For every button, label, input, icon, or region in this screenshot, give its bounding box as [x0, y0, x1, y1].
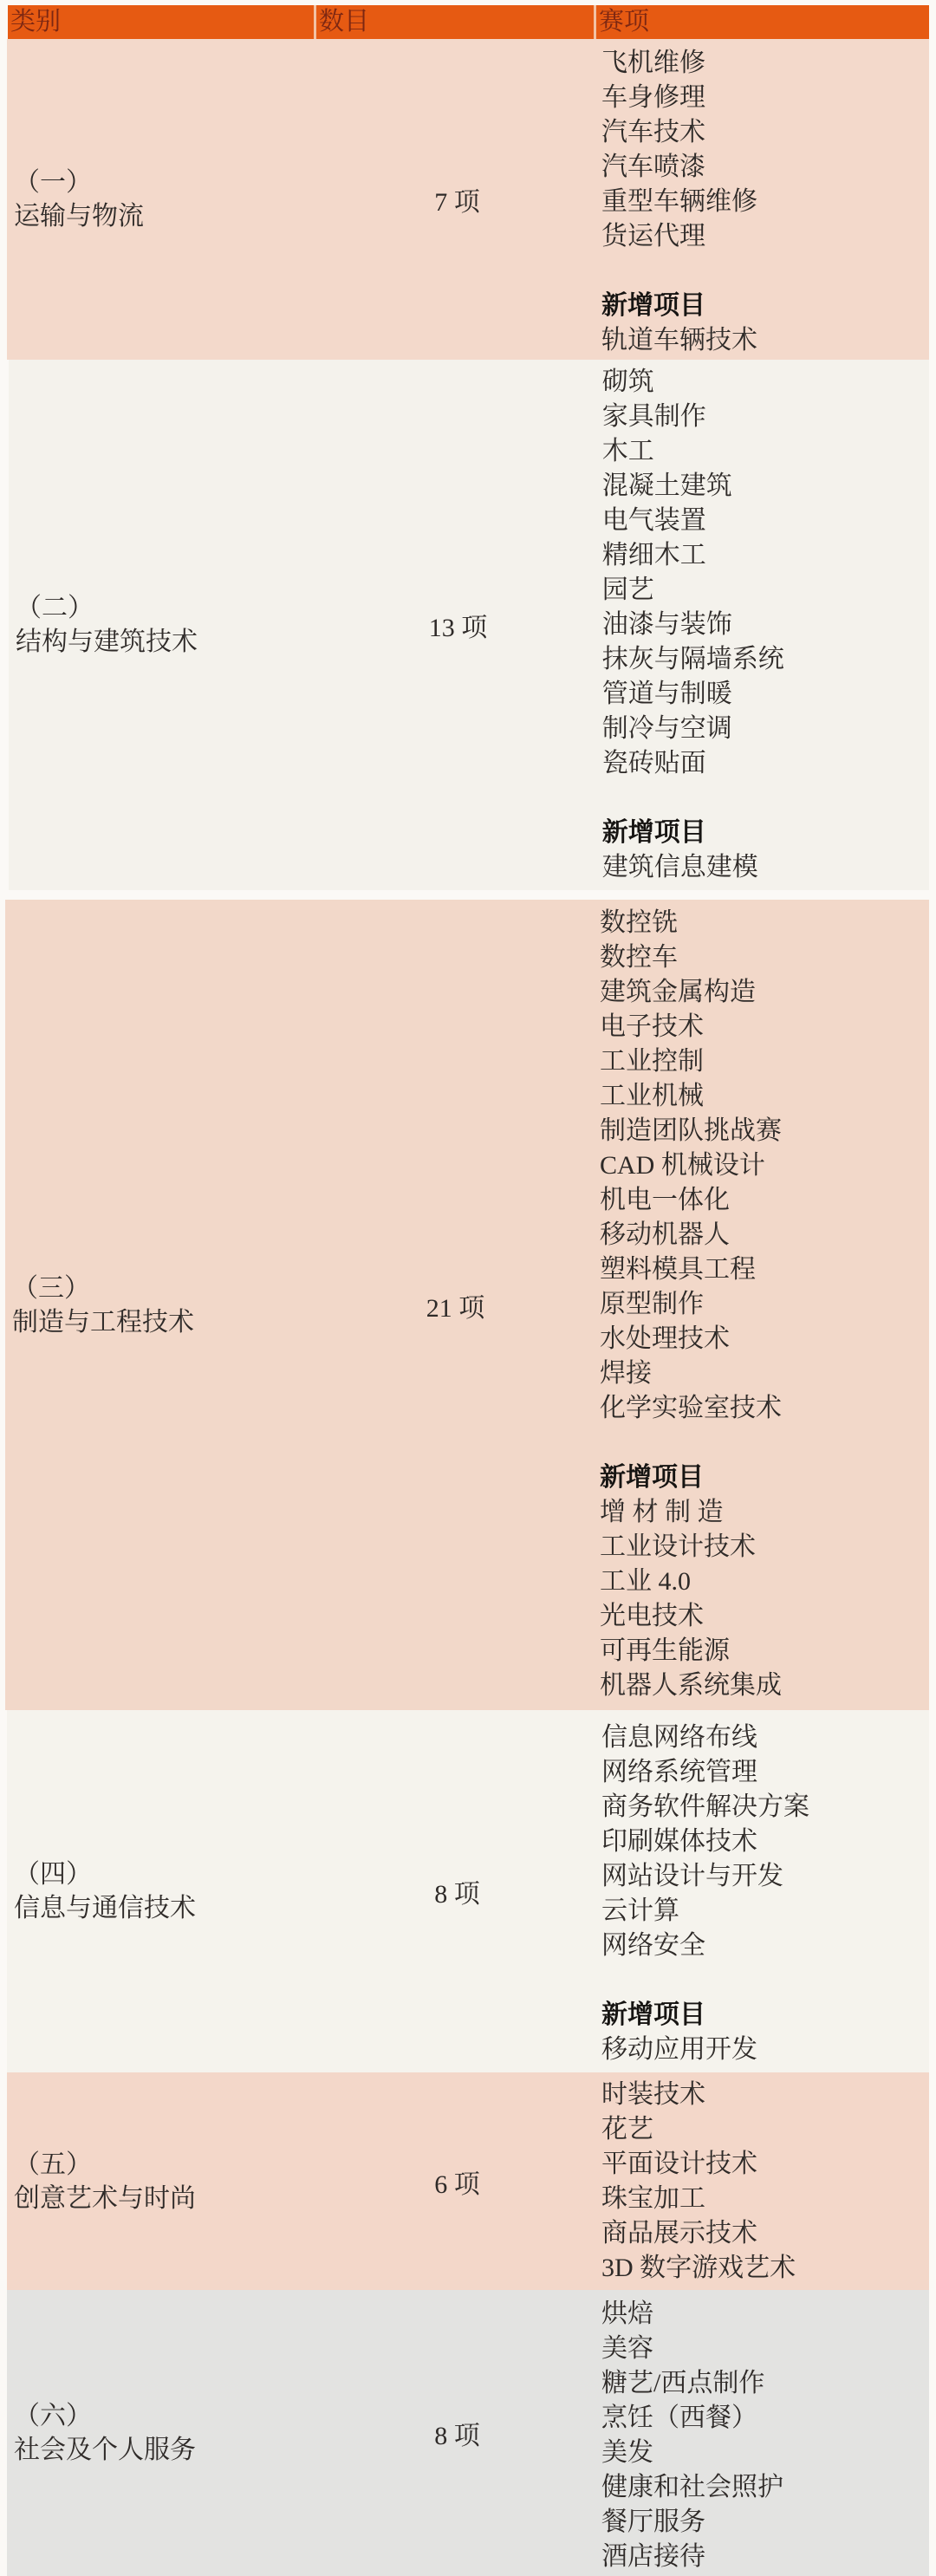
event-item: 焊接: [600, 1356, 927, 1391]
category-cell: （六） 社会及个人服务: [7, 2290, 316, 2576]
event-count: 8 项: [434, 2414, 480, 2452]
new-event-item: 移动应用开发: [601, 2033, 929, 2067]
count-cell: 6 项: [316, 2072, 595, 2290]
event-count: 8 项: [434, 1872, 480, 1910]
count-cell: 7 项: [316, 39, 595, 360]
new-events-label: 新增项目: [602, 816, 929, 850]
event-item: 制造团队挑战赛: [600, 1114, 927, 1148]
new-events-label: 新增项目: [601, 1998, 929, 2033]
events-cell: 时装技术 花艺 平面设计技术 珠宝加工 商品展示技术 3D 数字游戏艺术: [595, 2072, 929, 2290]
event-item: 制冷与空调: [602, 712, 929, 746]
event-item: 建筑金属构造: [600, 975, 927, 1010]
header-count: 数目: [316, 5, 594, 39]
event-item: 车身修理: [601, 81, 929, 115]
category-index: （二）: [16, 591, 317, 625]
event-item: 混凝土建筑: [602, 469, 929, 504]
category-name: 运输与物流: [14, 199, 316, 233]
category-cell: （三） 制造与工程技术: [5, 900, 315, 1710]
event-item: 烘焙: [601, 2297, 929, 2332]
spacer: [601, 254, 929, 289]
event-item: 工业控制: [600, 1044, 927, 1079]
table-row-construction: （二） 结构与建筑技术 13 项 砌筑 家具制作 木工 混凝土建筑 电气装置 精…: [9, 360, 929, 890]
new-event-item: 光电技术: [600, 1599, 927, 1634]
event-item: 飞机维修: [601, 46, 929, 81]
table-header: 类别 数目 赛项: [8, 5, 929, 39]
new-events-label: 新增项目: [600, 1460, 927, 1495]
event-item: 园艺: [602, 573, 929, 608]
event-item: 网络系统管理: [601, 1755, 929, 1790]
table-row-social-services: （六） 社会及个人服务 8 项 烘焙 美容 糖艺/西点制作 烹饪（西餐） 美发 …: [7, 2290, 929, 2576]
count-cell: 13 项: [317, 360, 595, 890]
spacer: [601, 1963, 929, 1998]
category-name: 信息与通信技术: [14, 1891, 316, 1925]
table-row-transport-logistics: （一） 运输与物流 7 项 飞机维修 车身修理 汽车技术 汽车喷漆 重型车辆维修…: [7, 39, 929, 360]
events-cell: 砌筑 家具制作 木工 混凝土建筑 电气装置 精细木工 园艺 油漆与装饰 抹灰与隔…: [595, 360, 929, 890]
count-cell: 21 项: [315, 900, 593, 1710]
event-item: 原型制作: [600, 1287, 927, 1322]
event-item: 电子技术: [600, 1010, 927, 1044]
event-item: 砌筑: [602, 365, 929, 400]
category-cell: （四） 信息与通信技术: [7, 1710, 316, 2072]
event-item: 烹饪（西餐）: [601, 2401, 929, 2436]
event-item: 油漆与装饰: [602, 608, 929, 642]
event-item: 网络安全: [601, 1929, 929, 1963]
event-item: 数控铣: [600, 906, 927, 940]
event-item: 网站设计与开发: [601, 1859, 929, 1894]
new-event-item: 工业设计技术: [600, 1530, 927, 1564]
event-item: 花艺: [601, 2112, 929, 2147]
event-item: 糖艺/西点制作: [601, 2366, 929, 2401]
event-item: 数控车: [600, 940, 927, 975]
category-index: （五）: [14, 2148, 316, 2182]
category-index: （四）: [14, 1857, 316, 1891]
event-item: 电气装置: [602, 504, 929, 538]
header-events: 赛项: [596, 5, 929, 39]
event-item: 工业机械: [600, 1079, 927, 1114]
new-event-item: 增 材 制 造: [600, 1495, 927, 1530]
event-item: 水处理技术: [600, 1322, 927, 1356]
event-item: 时装技术: [601, 2078, 929, 2112]
category-name: 社会及个人服务: [14, 2433, 316, 2467]
event-item: 瓷砖贴面: [602, 746, 929, 781]
event-count: 7 项: [434, 180, 480, 218]
event-item: 餐厅服务: [601, 2505, 929, 2540]
event-count: 13 项: [429, 606, 488, 644]
event-item: 重型车辆维修: [601, 185, 929, 219]
event-item: 美容: [601, 2332, 929, 2366]
event-item: 家具制作: [602, 400, 929, 434]
event-item: 平面设计技术: [601, 2147, 929, 2182]
event-item: 3D 数字游戏艺术: [601, 2251, 929, 2286]
category-cell: （一） 运输与物流: [7, 39, 316, 360]
event-item: 酒店接待: [601, 2540, 929, 2574]
event-item: 信息网络布线: [601, 1721, 929, 1755]
category-index: （一）: [14, 166, 316, 199]
events-cell: 烘焙 美容 糖艺/西点制作 烹饪（西餐） 美发 健康和社会照护 餐厅服务 酒店接…: [595, 2290, 929, 2576]
event-item: 塑料模具工程: [600, 1252, 927, 1287]
events-cell: 飞机维修 车身修理 汽车技术 汽车喷漆 重型车辆维修 货运代理 新增项目 轨道车…: [595, 39, 929, 360]
event-item: 云计算: [601, 1894, 929, 1929]
events-cell: 数控铣 数控车 建筑金属构造 电子技术 工业控制 工业机械 制造团队挑战赛 CA…: [593, 900, 927, 1710]
count-cell: 8 项: [316, 2290, 595, 2576]
spacer: [600, 1426, 927, 1460]
event-item: 精细木工: [602, 538, 929, 573]
event-item: 商务软件解决方案: [601, 1790, 929, 1825]
spacer: [602, 781, 929, 816]
event-item: CAD 机械设计: [600, 1148, 927, 1183]
new-event-item: 工业 4.0: [600, 1564, 927, 1599]
count-cell: 8 项: [316, 1710, 595, 2072]
category-name: 制造与工程技术: [12, 1305, 315, 1339]
event-item: 抹灰与隔墙系统: [602, 642, 929, 677]
event-item: 健康和社会照护: [601, 2470, 929, 2505]
event-count: 6 项: [434, 2163, 480, 2201]
event-item: 货运代理: [601, 219, 929, 254]
category-name: 结构与建筑技术: [16, 625, 317, 659]
event-item: 化学实验室技术: [600, 1391, 927, 1426]
new-events-label: 新增项目: [601, 289, 929, 323]
event-item: 管道与制暖: [602, 677, 929, 712]
event-item: 移动机器人: [600, 1218, 927, 1252]
events-cell: 信息网络布线 网络系统管理 商务软件解决方案 印刷媒体技术 网站设计与开发 云计…: [595, 1710, 929, 2072]
category-index: （三）: [12, 1272, 315, 1305]
event-item: 汽车喷漆: [601, 150, 929, 185]
table-row-ict: （四） 信息与通信技术 8 项 信息网络布线 网络系统管理 商务软件解决方案 印…: [7, 1710, 929, 2072]
table-row-creative-arts: （五） 创意艺术与时尚 6 项 时装技术 花艺 平面设计技术 珠宝加工 商品展示…: [7, 2072, 929, 2290]
event-item: 美发: [601, 2436, 929, 2470]
category-name: 创意艺术与时尚: [14, 2182, 316, 2215]
event-count: 21 项: [426, 1286, 485, 1324]
header-category: 类别: [8, 5, 314, 39]
new-event-item: 轨道车辆技术: [601, 323, 929, 358]
new-event-item: 机器人系统集成: [600, 1669, 927, 1703]
event-item: 商品展示技术: [601, 2216, 929, 2251]
event-item: 汽车技术: [601, 115, 929, 150]
category-index: （六）: [14, 2399, 316, 2433]
event-item: 珠宝加工: [601, 2182, 929, 2216]
new-event-item: 建筑信息建模: [602, 850, 929, 885]
category-cell: （五） 创意艺术与时尚: [7, 2072, 316, 2290]
event-item: 木工: [602, 434, 929, 469]
table-row-manufacturing: （三） 制造与工程技术 21 项 数控铣 数控车 建筑金属构造 电子技术 工业控…: [5, 900, 929, 1710]
event-item: 印刷媒体技术: [601, 1825, 929, 1859]
category-cell: （二） 结构与建筑技术: [9, 360, 317, 890]
events-table: 类别 数目 赛项 （一） 运输与物流 7 项 飞机维修 车身修理 汽车技术 汽车…: [0, 0, 936, 2576]
event-item: 机电一体化: [600, 1183, 927, 1218]
new-event-item: 可再生能源: [600, 1634, 927, 1669]
